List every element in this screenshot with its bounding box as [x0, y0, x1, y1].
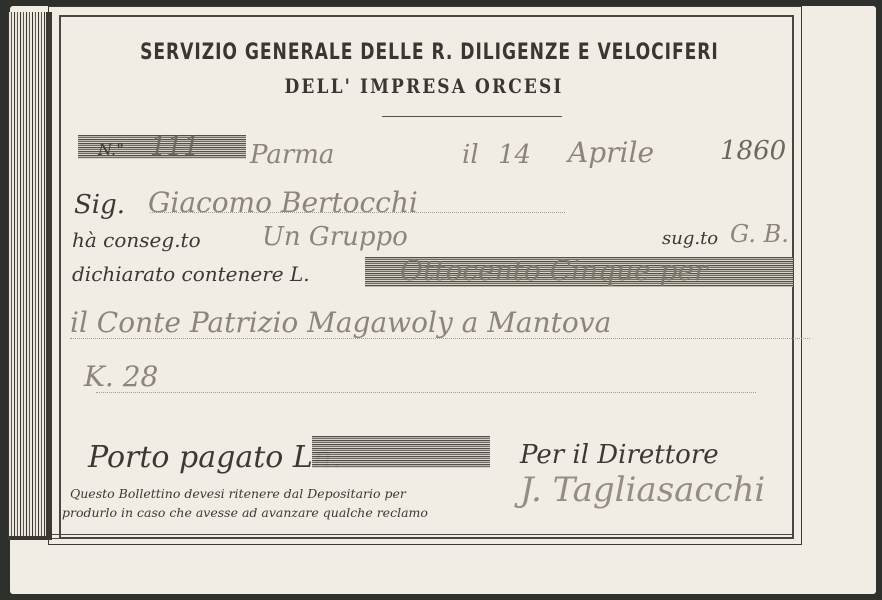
date-day: 14 — [498, 140, 531, 170]
recipient-dotted-line — [150, 212, 565, 213]
weight-dotted-line — [96, 392, 756, 393]
consigned-label: hà conseg.to — [72, 228, 201, 252]
director-label: Per il Direttore — [520, 440, 719, 470]
striped-side-border — [8, 12, 52, 537]
recipient-name: Giacomo Bertocchi — [148, 186, 418, 219]
date-month: Aprile — [568, 136, 654, 169]
declared-value: Ottocento Cinque per — [400, 254, 707, 287]
recipient-label: Sig. — [74, 190, 125, 220]
header-rule — [382, 116, 562, 117]
weight-line: K. 28 — [84, 360, 158, 393]
consigned-item: Un Gruppo — [262, 222, 408, 252]
date-year: 1860 — [720, 136, 786, 166]
director-signature: J. Tagliasacchi — [520, 470, 765, 510]
addressee-dotted-line — [70, 338, 810, 339]
declared-label: dichiarato contenere L. — [72, 262, 310, 286]
addressee-line: il Conte Patrizio Magawoly a Mantova — [70, 306, 611, 339]
porto-hatch-block — [312, 436, 490, 468]
stripe-bottom-edge — [8, 536, 52, 540]
footer-note-line2: produrlo in caso che avesse ad avanzare … — [62, 505, 428, 520]
number-label: N.° — [98, 140, 124, 159]
sug-value: G. B. — [730, 220, 789, 248]
place: Parma — [250, 140, 334, 170]
header-subtitle: DELL' IMPRESA ORCESI — [115, 74, 734, 98]
footer-note-line1: Questo Bollettino devesi ritenere dal De… — [70, 486, 406, 501]
sug-label: sug.to — [662, 228, 718, 249]
number-value: 111 — [150, 132, 200, 162]
porto-label: Porto pagato Ln. — [88, 440, 342, 475]
date-prefix: il — [462, 140, 479, 170]
header-title: SERVIZIO GENERALE DELLE R. DILIGENZE E V… — [140, 40, 708, 65]
bottom-frame-rule — [52, 534, 794, 539]
